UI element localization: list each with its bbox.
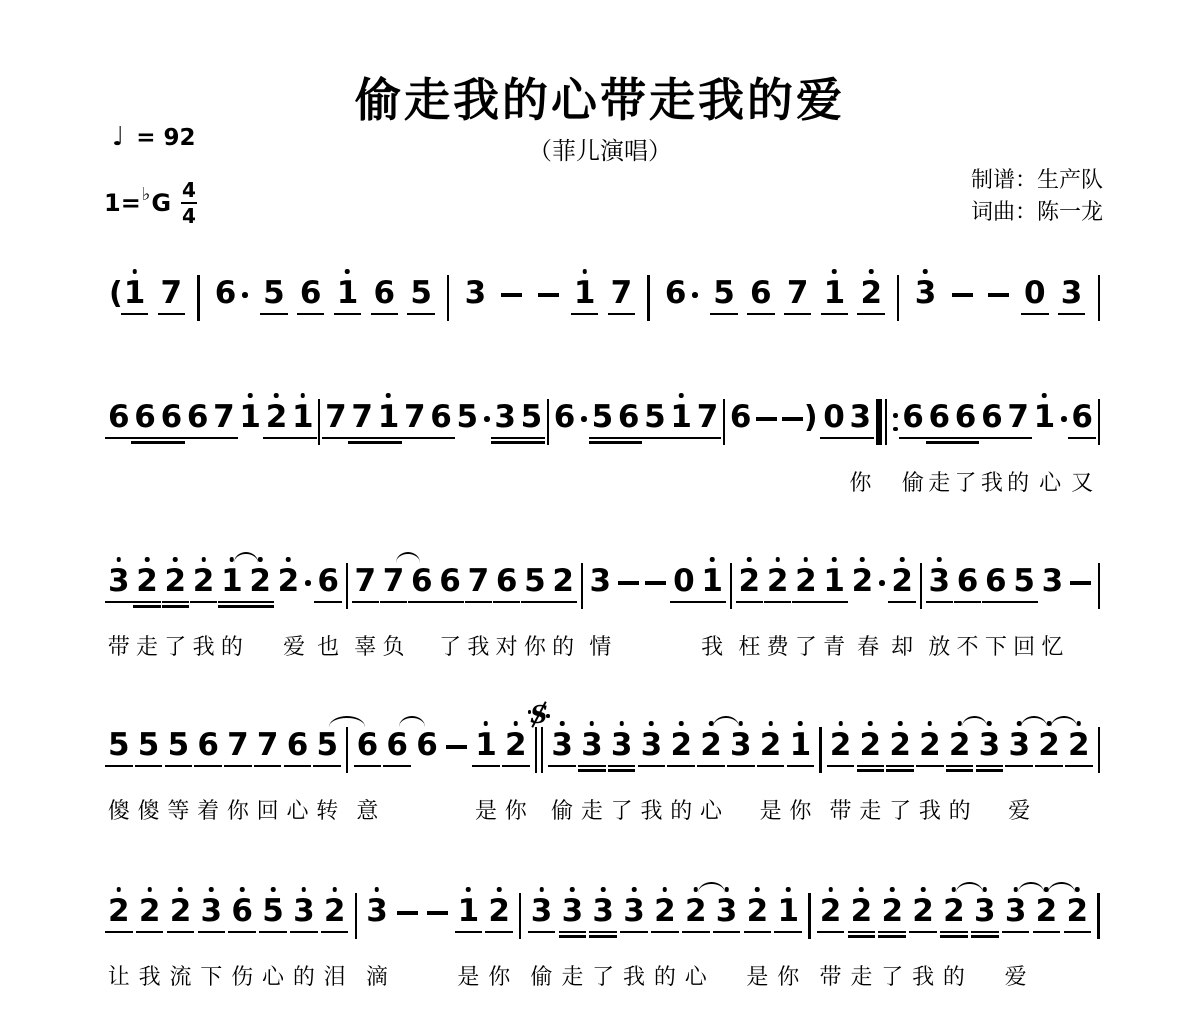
lyric: 下 [985, 630, 1007, 661]
note-digit: 6 [187, 402, 209, 433]
note-digit: 6 [618, 402, 640, 433]
beam-underline [518, 437, 546, 439]
note-digit: 2 [278, 566, 300, 597]
note-glyph: 1 [221, 566, 243, 597]
note-digit: 5 [262, 896, 284, 927]
segno-s: S [530, 703, 547, 727]
repeat-start-sign [876, 402, 898, 445]
octave-dot [724, 887, 729, 892]
beam-underline [916, 765, 944, 767]
tie-arc [1018, 882, 1045, 893]
note-digit: 2 [1067, 896, 1089, 927]
beam-underline [289, 437, 317, 439]
beam-underline [472, 765, 500, 767]
note-glyph: 2 [139, 896, 161, 927]
lyric: 的 [670, 794, 692, 825]
note-glyph: 2 [852, 566, 874, 597]
note-digit: 6 [955, 402, 977, 433]
note-token: 3了 [611, 730, 633, 761]
note-digit: 3 [716, 896, 738, 927]
note-glyph: 3 [581, 730, 603, 761]
note-token: 1我 [701, 566, 723, 597]
beam-underline [1004, 437, 1032, 439]
note-token: 2我 [139, 896, 161, 927]
octave-dot [898, 721, 903, 726]
duration-dot [879, 580, 885, 586]
beam-underline [491, 441, 519, 443]
quarter-note-icon: ♩ [112, 122, 124, 152]
note-token: 1青 [823, 566, 845, 597]
beam-underline [747, 313, 775, 315]
note-token: 3爱 [1008, 730, 1030, 761]
octave-dot [832, 269, 837, 274]
octave-dot [798, 721, 803, 726]
note-glyph: 2 [170, 896, 192, 927]
beam-underline [465, 601, 493, 603]
note-token: 2的 [552, 566, 574, 597]
lyric: 了 [439, 630, 461, 661]
note-glyph: 3 [551, 730, 573, 761]
note-glyph: 6 [287, 730, 309, 761]
note-token: 6 [554, 402, 587, 433]
lyric: 偷 [551, 794, 573, 825]
beam-underline [641, 437, 669, 439]
note-token: 2让 [108, 896, 130, 927]
lyric: 不 [957, 630, 979, 661]
prolong-dash [988, 293, 1009, 297]
note-token: 2了 [889, 730, 911, 761]
note-token: 3 [979, 730, 1001, 761]
note-token: 1的 [221, 566, 243, 597]
octave-dot [739, 721, 744, 726]
beam-underline [158, 437, 186, 439]
note-digit: 2 [700, 730, 722, 761]
duration-dot [305, 580, 311, 586]
octave-dot [582, 269, 587, 274]
note-token: 7负 [383, 566, 405, 597]
note-glyph: 7 [227, 730, 249, 761]
beam-underline [878, 935, 906, 937]
note-digit: 5 [592, 402, 614, 433]
octave-dot [484, 721, 489, 726]
lyric: 却 [891, 630, 913, 661]
octave-dot [786, 887, 791, 892]
barline [355, 896, 357, 939]
note-glyph: 2 [249, 566, 271, 597]
note-digit: 6 [1071, 402, 1093, 433]
barline-mark [1098, 727, 1100, 773]
beam-underline [518, 441, 546, 443]
note-glyph: 7 [383, 566, 405, 597]
beam-underline [886, 769, 914, 771]
note-digit: 1 [701, 566, 723, 597]
note-digit: 3 [1005, 896, 1027, 927]
note-token: 3 [494, 402, 516, 433]
note-digit: 3 [611, 730, 633, 761]
note-glyph: 1 [124, 278, 146, 309]
note-token: 5 [457, 402, 490, 433]
note-glyph: 3 [611, 730, 633, 761]
beam-underline [224, 765, 252, 767]
note-digit: 3 [929, 566, 951, 597]
note-digit: 6 [665, 278, 687, 309]
note-glyph: 6 [317, 566, 339, 597]
prolong-dash [756, 417, 777, 421]
octave-dot [117, 887, 122, 892]
note-glyph: 3 [974, 896, 996, 927]
note-glyph: 7 [697, 402, 719, 433]
note-token: 6走 [929, 402, 951, 433]
lyric: 我 [919, 794, 941, 825]
note-digit: 7 [257, 730, 279, 761]
octave-dot [859, 887, 864, 892]
duration-dot [242, 292, 248, 298]
octave-dot [1077, 721, 1082, 726]
lyric: 是 [475, 794, 497, 825]
note-digit: 6 [374, 278, 396, 309]
tie-arc [713, 716, 739, 727]
lyric: 我 [623, 960, 645, 991]
note-glyph: 6 [439, 566, 461, 597]
lyric: 情 [589, 630, 611, 661]
note-digit: 2 [747, 896, 769, 927]
note-digit: 3 [850, 402, 872, 433]
barline-mark [197, 275, 199, 321]
note-token: 1 [574, 278, 596, 309]
note-glyph: 2 [795, 566, 817, 597]
note-token: 6 [416, 730, 438, 761]
time-signature-denominator: 4 [182, 206, 196, 226]
note-glyph: 7 [257, 730, 279, 761]
note-glyph: 7 [325, 402, 347, 433]
note-token: 6又 [1071, 402, 1093, 433]
lyric: 的 [943, 960, 965, 991]
note-digit: 3 [623, 896, 645, 927]
note-glyph: 3 [979, 730, 1001, 761]
note-token: 5心 [262, 896, 284, 927]
note-digit: 6 [300, 278, 322, 309]
note-digit: 2 [943, 896, 965, 927]
note-digit: 5 [521, 402, 543, 433]
note-glyph: 3 [716, 896, 738, 927]
beam-underline [260, 313, 288, 315]
note-glyph: 1 [475, 730, 497, 761]
barline [1097, 896, 1099, 939]
lyric: 我 [467, 630, 489, 661]
credit-composer: 词曲：陈一龙 [971, 197, 1103, 229]
dash-token [427, 896, 448, 915]
barline [1098, 566, 1100, 609]
note-digit: 6 [317, 566, 339, 597]
octave-dot [570, 887, 575, 892]
note-glyph: 7 [1007, 402, 1029, 433]
note-glyph: 2 [760, 730, 782, 761]
beam-underline [899, 437, 927, 439]
note-digit: 1 [777, 896, 799, 927]
lyric: 你 [505, 794, 527, 825]
note-token: 6 [411, 566, 433, 597]
beam-underline [1002, 931, 1030, 933]
octave-dot [860, 557, 865, 562]
note-digit: 6 [287, 730, 309, 761]
note-token: 3忆 [1042, 566, 1064, 597]
barline [897, 278, 899, 321]
beam-underline [352, 601, 380, 603]
note-token: 5 [521, 402, 543, 433]
song-title: 偷走我的心带走我的爱 [0, 64, 1200, 130]
note-glyph: 3 [293, 896, 315, 927]
note-token: 6心 [287, 730, 309, 761]
lyric: 我 [193, 630, 215, 661]
note-token: 5等 [168, 730, 190, 761]
beam-underline [886, 765, 914, 767]
beam-underline [485, 931, 513, 933]
beam-underline [380, 601, 408, 603]
note-token: 2枉 [739, 566, 761, 597]
note-digit: 5 [524, 566, 546, 597]
barline [647, 278, 649, 321]
note-digit: 6 [730, 402, 752, 433]
note-token: 6了 [955, 402, 977, 433]
lyric: 了 [795, 630, 817, 661]
beam-underline [926, 437, 954, 439]
note-digit: 3 [974, 896, 996, 927]
note-digit: 6 [750, 278, 772, 309]
lyric: 费 [767, 630, 789, 661]
note-glyph: 6 [665, 278, 687, 309]
note-token: 3 [465, 278, 487, 309]
note-token: 2走 [860, 730, 882, 761]
note-token: 1是 [458, 896, 480, 927]
barline-mark [647, 275, 649, 321]
beam-underline [1058, 313, 1086, 315]
lyric: 忆 [1041, 630, 1063, 661]
note-token: 5 [263, 278, 285, 309]
octave-dot [201, 557, 206, 562]
note-digit: 3 [590, 566, 612, 597]
note-token: 1 [670, 402, 692, 433]
music-line-4: 5傻5傻5等6着7你7回6心5转6意661是2你S3偷3走3了3我2的2心32是… [108, 716, 1100, 812]
beam-underline [857, 313, 885, 315]
beam-underline [131, 437, 159, 439]
repeat-dot [893, 427, 898, 432]
lyric: 的 [552, 630, 574, 661]
barline [1098, 402, 1100, 445]
beam-underline [946, 765, 974, 767]
octave-dot [937, 557, 942, 562]
lyric: 傻 [138, 794, 160, 825]
note-digit: 2 [165, 566, 187, 597]
beam-underline [713, 931, 741, 933]
beam-underline [784, 313, 812, 315]
note-token: 2心 [685, 896, 707, 927]
note-token: 2了 [881, 896, 903, 927]
note-glyph: 2 [670, 730, 692, 761]
octave-dot [117, 557, 122, 562]
music-sheet: 偷走我的心带走我的爱 （菲儿演唱） ♩ = 92 1= ♭ G 4 4 制谱：生… [0, 0, 1200, 1018]
barline [318, 402, 320, 445]
barline [346, 566, 348, 609]
barline [547, 402, 549, 445]
note-glyph: 1 [378, 402, 400, 433]
prolong-dash [501, 293, 522, 297]
note-glyph: 6 [161, 402, 183, 433]
note-digit: 6 [985, 566, 1007, 597]
beam-underline [1021, 313, 1049, 315]
note-digit: 1 [458, 896, 480, 927]
beam-underline [135, 765, 163, 767]
note-token: 6 [618, 402, 640, 433]
beam-underline [228, 931, 256, 933]
lyric: 偷 [530, 960, 552, 991]
note-glyph: 0 [673, 566, 695, 597]
note-digit: 2 [1038, 730, 1060, 761]
lyric: 等 [167, 794, 189, 825]
lyric: 走 [928, 466, 950, 497]
octave-dot [375, 887, 380, 892]
music-line-3: 3带2走2了2我1的22爱6也7辜7负66了7我6对5你2的3情01我2枉2费2… [108, 552, 1100, 648]
note-glyph: 6 [357, 730, 379, 761]
rest-token: 0 [1024, 278, 1046, 309]
barline-mark [547, 399, 549, 445]
octave-dot [775, 557, 780, 562]
barline-mark [346, 727, 348, 773]
note-digit: 6 [161, 402, 183, 433]
note-token: 6下 [985, 566, 1007, 597]
note-token: 6 [665, 278, 698, 309]
note-digit: 6 [957, 566, 979, 597]
lyric: 让 [108, 960, 130, 991]
octave-dot [173, 557, 178, 562]
key-letter: G [151, 189, 171, 217]
note-digit: 7 [404, 402, 426, 433]
beam-underline [427, 437, 455, 439]
note-digit: 2 [552, 566, 574, 597]
lyric: 了 [955, 466, 977, 497]
beam-underline [246, 601, 274, 603]
note-glyph: 3 [201, 896, 223, 927]
note-digit: 6 [386, 730, 408, 761]
note-glyph: 1 [292, 402, 314, 433]
note-glyph: 5 [262, 896, 284, 927]
note-glyph: 2 [324, 896, 346, 927]
lyric: 心 [700, 794, 722, 825]
note-token: 2了 [165, 566, 187, 597]
note-digit: 2 [891, 566, 913, 597]
beam-underline [909, 931, 937, 933]
lyric: 着 [197, 794, 219, 825]
note-glyph: 1 [670, 402, 692, 433]
barline-mark [447, 275, 449, 321]
music-line-2: 66667121771765356565176)03你6偷6走6了6我7的1心6… [108, 388, 1100, 484]
note-digit: 1 [124, 278, 146, 309]
octave-dot [755, 887, 760, 892]
note-token: 5你 [524, 566, 546, 597]
note-glyph: 2 [488, 896, 510, 927]
note-glyph: 6 [618, 402, 640, 433]
note-digit: 2 [136, 566, 158, 597]
beam-underline [727, 765, 755, 767]
prolong-dash [1070, 581, 1091, 585]
barline [581, 566, 583, 609]
thin-bar [885, 399, 887, 445]
note-digit: 5 [1013, 566, 1035, 597]
note-digit: 3 [1042, 566, 1064, 597]
note-digit: 2 [108, 896, 130, 927]
octave-dot [560, 721, 565, 726]
note-token: 6 [134, 402, 156, 433]
beam-underline [848, 935, 876, 937]
lyric: 流 [169, 960, 191, 991]
beam-underline [334, 313, 362, 315]
note-token: 2是 [760, 730, 782, 761]
beam-underline [348, 437, 376, 439]
octave-dot [332, 887, 337, 892]
beam-underline [284, 765, 312, 767]
lyric: 辜 [354, 630, 376, 661]
note-digit: 3 [201, 896, 223, 927]
note-glyph: 2 [820, 896, 842, 927]
lyric: 我 [701, 630, 723, 661]
note-glyph: 3 [623, 896, 645, 927]
beam-underline [817, 931, 845, 933]
note-token: 1你 [777, 896, 799, 927]
note-glyph: 6 [554, 402, 576, 433]
note-token: 6了 [439, 566, 461, 597]
note-digit: 7 [611, 278, 633, 309]
note-token: 6 [161, 402, 183, 433]
beam-underline [559, 935, 587, 937]
note-token: 5 [713, 278, 735, 309]
note-glyph: 2 [891, 566, 913, 597]
lyric: 的 [293, 960, 315, 991]
note-token: 3偷 [531, 896, 553, 927]
beam-underline [792, 601, 820, 603]
beam-underline [1068, 437, 1096, 439]
beam-underline [297, 313, 325, 315]
note-token: 7 [697, 402, 719, 433]
beam-underline [407, 313, 435, 315]
note-glyph: 2 [654, 896, 676, 927]
beam-underline [1010, 601, 1038, 603]
beam-underline [105, 765, 133, 767]
barline-mark [355, 893, 357, 939]
beam-underline [615, 441, 643, 443]
note-digit: 2 [654, 896, 676, 927]
beam-underline [608, 769, 636, 771]
beam-underline [502, 765, 530, 767]
octave-dot [710, 557, 715, 562]
repeat-dot [893, 413, 898, 418]
octave-dot [132, 269, 137, 274]
note-digit: 2 [889, 730, 911, 761]
note-glyph: 3 [494, 402, 516, 433]
note-digit: 6 [929, 402, 951, 433]
note-digit: 6 [215, 278, 237, 309]
note-digit: 2 [1068, 730, 1090, 761]
barline [819, 730, 821, 773]
note-digit: 7 [1007, 402, 1029, 433]
note-glyph: 2 [165, 566, 187, 597]
octave-dot [890, 887, 895, 892]
note-token: 5 [644, 402, 666, 433]
note-glyph: 1 [777, 896, 799, 927]
octave-dot [632, 887, 637, 892]
key-signature: 1= ♭ G 4 4 [104, 180, 197, 226]
note-token: 3偷 [551, 730, 573, 761]
lyric: 枉 [738, 630, 760, 661]
beam-underline [821, 313, 849, 315]
